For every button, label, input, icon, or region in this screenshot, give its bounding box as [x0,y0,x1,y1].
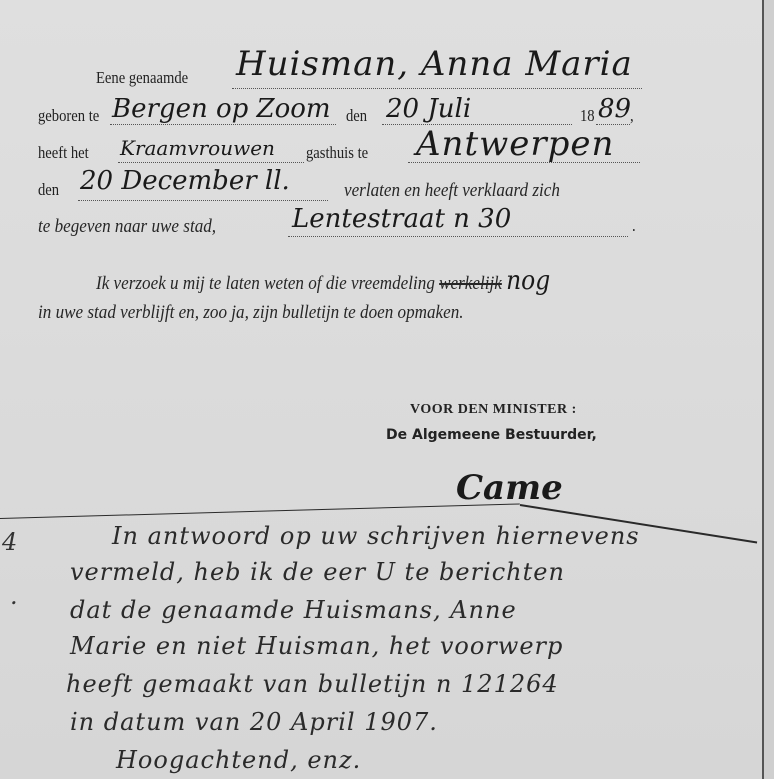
label-verlaten: verlaten en heeft verklaard zich [344,180,560,202]
request-line-1: Ik verzoek u mij te laten weten of die v… [96,266,550,296]
dotted-field-address [288,236,628,237]
margin-mark-1: 4 [2,528,17,556]
handwritten-name: Huisman, Anna Maria [236,44,633,84]
handwritten-address: Lentestraat n 30 [292,204,511,234]
label-den: den [346,106,367,126]
adjacent-page [764,0,774,779]
handwritten-birthdate: 20 Juli [386,94,471,124]
reply-closing: Hoogachtend, enz. [116,746,361,774]
reply-line-2: vermeld, heb ik de eer U te berichten [70,558,565,586]
handwritten-departure-date: 20 December ll. [80,166,290,196]
reply-line-4: Marie en niet Huisman, het voorwerp [70,632,563,660]
signature-role: De Algemeene Bestuurder, [386,427,597,443]
comma: , [630,106,634,126]
handwritten-birthplace: Bergen op Zoom [112,94,331,124]
dotted-field-name [232,88,642,89]
reply-line-3: dat de genaamde Huismans, Anne [70,596,517,624]
reply-line-5: heeft gemaakt van bulletijn n 121264 [66,670,559,698]
dotted-field-institution [118,162,304,163]
handwritten-institution: Kraamvrouwen [120,136,275,160]
label-eene-genaamde: Eene genaamde [96,68,188,88]
reply-line-1: In antwoord op uw schrijven hiernevens [112,522,640,550]
handwritten-city: Antwerpen [416,124,614,164]
dotted-field-birthplace [110,124,336,125]
margin-mark-2: . [10,582,18,610]
request-text: Ik verzoek u mij te laten weten of die v… [96,273,435,294]
request-line-2: in uwe stad verblijft en, zoo ja, zijn b… [38,302,464,324]
signature-title: VOOR DEN MINISTER : [410,402,577,418]
handwritten-year: 89 [598,94,631,124]
label-den-2: den [38,180,59,200]
signature: Came [456,468,563,508]
reply-line-6: in datum van 20 April 1907. [70,708,438,736]
label-gasthuis-te: gasthuis te [306,143,368,163]
label-te-begeven: te begeven naar uwe stad, [38,216,216,238]
handwritten-insert: nog [506,266,550,296]
dotted-field-departure-date [78,200,328,201]
label-heeft-het: heeft het [38,143,89,163]
struck-word: werkelijk [439,273,502,294]
year-prefix: 18 [580,106,595,126]
label-geboren-te: geboren te [38,106,99,126]
period: . [632,216,636,236]
